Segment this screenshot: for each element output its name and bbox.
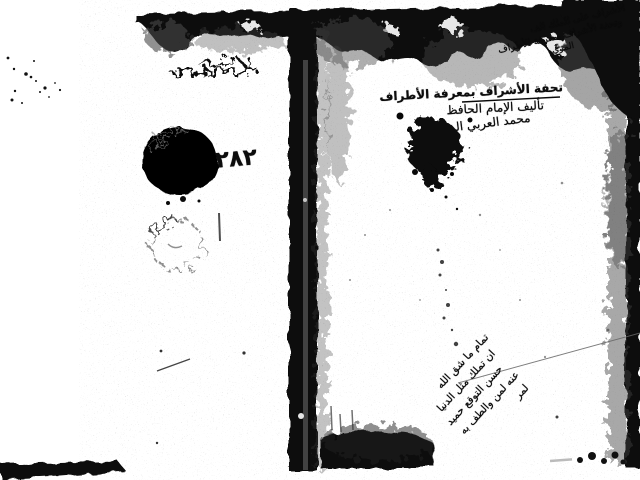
manuscript-scan: الأشراف على الملك الف وتحفة الأشراف بمعر… <box>0 0 640 480</box>
stain-layer <box>0 0 640 480</box>
pen-tick <box>219 213 220 241</box>
gutter-shadow <box>289 9 328 471</box>
bottom-left-shadow <box>0 461 126 479</box>
title-block: تحفة الأشراف بمعرفة الأطراف تأليف الإمام… <box>379 79 565 140</box>
shelf-number: ٢٨٢ <box>214 144 258 174</box>
speckle-cluster <box>7 57 62 104</box>
